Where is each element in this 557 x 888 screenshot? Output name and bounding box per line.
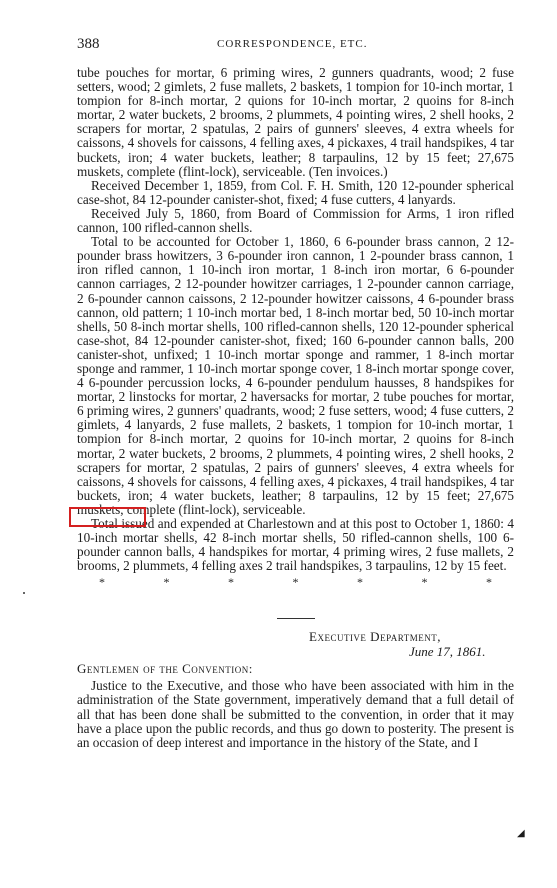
highlight-box-plummets <box>69 507 146 527</box>
asterisk: * <box>228 575 234 590</box>
letter-date: June 17, 1861. <box>77 644 514 659</box>
sender-line: Executive Department, <box>77 629 514 644</box>
inventory-text: tube pouches for mortar, 6 priming wires… <box>77 66 514 573</box>
asterisk: * <box>422 575 428 590</box>
horizontal-rule <box>277 618 315 619</box>
section-break-asterisks: * * * * * * * <box>77 573 514 590</box>
asterisk: * <box>99 575 105 590</box>
running-head: CORRESPONDENCE, ETC. <box>217 38 368 50</box>
salutation: Gentlemen of the Convention: <box>77 661 514 677</box>
paragraph-received-jul-1860: Received July 5, 1860, from Board of Com… <box>77 207 514 235</box>
paragraph-received-dec-1859: Received December 1, 1859, from Col. F. … <box>77 179 514 207</box>
corner-mark-icon: ◢ <box>517 828 525 839</box>
asterisk: * <box>486 575 492 590</box>
document-page: 388 CORRESPONDENCE, ETC. tube pouches fo… <box>77 36 514 750</box>
asterisk: * <box>357 575 363 590</box>
letter-paragraph: Justice to the Executive, and those who … <box>77 679 514 749</box>
margin-speck <box>23 592 25 594</box>
paragraph-inventory-continued: tube pouches for mortar, 6 priming wires… <box>77 66 514 179</box>
paragraph-total-accounted: Total to be accounted for October 1, 186… <box>77 235 514 517</box>
letter-body: Justice to the Executive, and those who … <box>77 679 514 749</box>
page-number: 388 <box>77 36 100 53</box>
page-header: 388 CORRESPONDENCE, ETC. <box>77 36 514 56</box>
letter-heading: Executive Department, June 17, 1861. <box>77 629 514 659</box>
asterisk: * <box>293 575 299 590</box>
asterisk: * <box>164 575 170 590</box>
